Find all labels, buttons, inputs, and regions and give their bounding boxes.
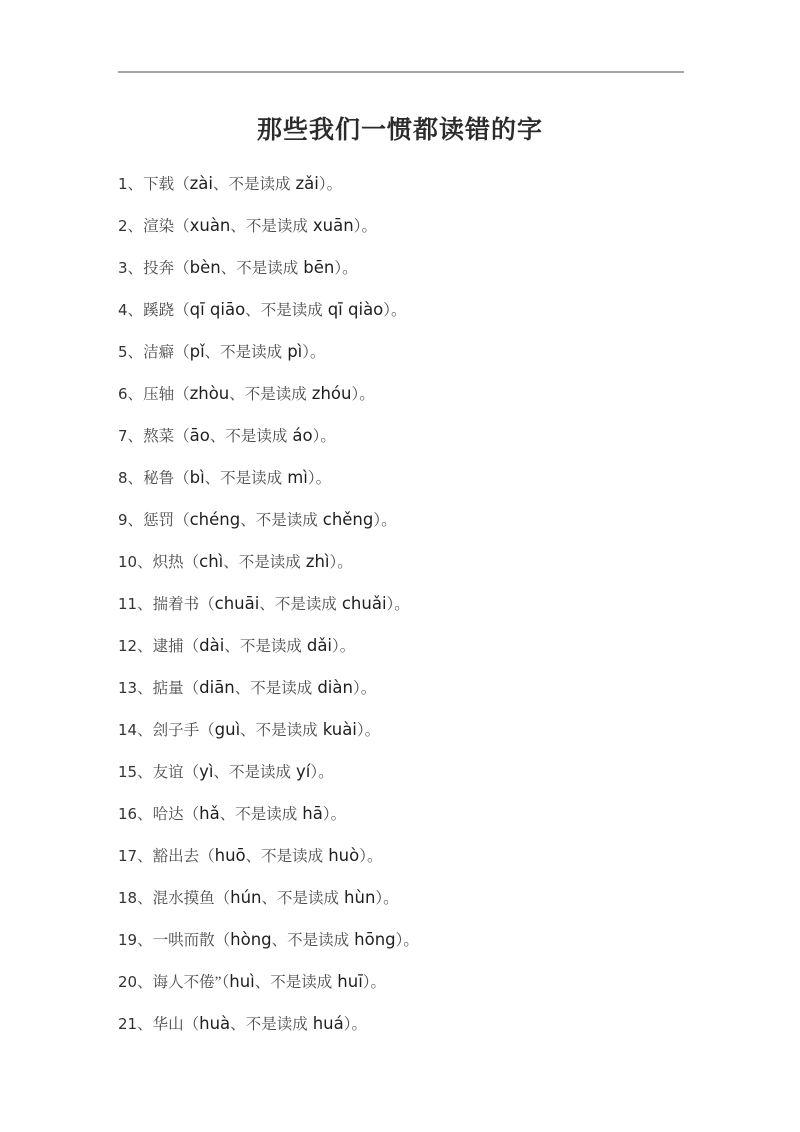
open-paren: （ — [215, 932, 231, 949]
correct-pinyin: hòng — [230, 930, 271, 949]
list-item: 15、友谊（yì、不是读成yí）。 — [118, 751, 419, 793]
list-item: 7、熬菜（āo、不是读成áo）。 — [118, 415, 419, 457]
item-word: 一哄而散 — [153, 932, 215, 949]
enum-comma: 、 — [220, 806, 236, 823]
enum-comma: 、 — [137, 680, 153, 697]
not-read-as-text: 不是读成 — [270, 974, 332, 991]
item-number: 14 — [118, 721, 137, 739]
wrong-pinyin: hōng — [354, 930, 395, 949]
list-item: 20、诲人不倦”（huì、不是读成huī）。 — [118, 961, 419, 1003]
item-word: 熬菜 — [143, 428, 174, 445]
item-number: 16 — [118, 805, 137, 823]
list-item: 3、投奔（bèn、不是读成bēn）。 — [118, 247, 419, 289]
correct-pinyin: diān — [199, 678, 235, 697]
enum-comma: 、 — [213, 176, 229, 193]
enum-comma: 、 — [137, 722, 153, 739]
open-paren: （ — [184, 680, 200, 697]
open-paren: （ — [174, 386, 190, 403]
header-divider — [118, 71, 684, 73]
enum-comma: 、 — [221, 260, 237, 277]
not-read-as-text: 不是读成 — [229, 764, 291, 781]
item-word: 掂量 — [153, 680, 184, 697]
enum-comma: 、 — [259, 596, 275, 613]
wrong-pinyin: pì — [287, 342, 302, 361]
correct-pinyin: āo — [190, 426, 210, 445]
correct-pinyin: chuāi — [215, 594, 260, 613]
item-word: 下载 — [143, 176, 174, 193]
item-number: 8 — [118, 469, 128, 487]
not-read-as-text: 不是读成 — [261, 848, 323, 865]
item-number: 12 — [118, 637, 137, 655]
wrong-pinyin: áo — [292, 426, 312, 445]
enum-comma: 、 — [137, 974, 153, 991]
not-read-as-text: 不是读成 — [235, 806, 297, 823]
enum-comma: 、 — [128, 176, 144, 193]
enum-comma: 、 — [128, 260, 144, 277]
item-word: 蹊跷 — [143, 302, 174, 319]
close-paren-period: ）。 — [332, 638, 355, 655]
enum-comma: 、 — [210, 428, 226, 445]
not-read-as-text: 不是读成 — [256, 722, 318, 739]
list-item: 9、惩罚（chéng、不是读成chěng）。 — [118, 499, 419, 541]
enum-comma: 、 — [205, 470, 221, 487]
close-paren-period: ）。 — [334, 260, 357, 277]
page-title: 那些我们一惯都读错的字 — [0, 111, 800, 151]
enum-comma: 、 — [245, 302, 261, 319]
list-item: 4、蹊跷（qī qiāo、不是读成qī qiào）。 — [118, 289, 419, 331]
enum-comma: 、 — [128, 302, 144, 319]
enum-comma: 、 — [137, 596, 153, 613]
wrong-pinyin: yí — [296, 762, 310, 781]
item-word: 渲染 — [143, 218, 174, 235]
item-word: 炽热 — [153, 554, 184, 571]
item-number: 1 — [118, 175, 128, 193]
open-paren: （ — [174, 302, 190, 319]
open-paren: （ — [184, 1016, 200, 1033]
close-paren-period: ）。 — [323, 806, 346, 823]
not-read-as-text: 不是读成 — [228, 176, 290, 193]
item-word: 揣着书 — [153, 596, 200, 613]
not-read-as-text: 不是读成 — [245, 386, 307, 403]
wrong-pinyin: huī — [337, 972, 363, 991]
enum-comma: 、 — [230, 1016, 246, 1033]
list-item: 1、下载（zài、不是读成zǎi）。 — [118, 163, 419, 205]
wrong-pinyin: kuài — [323, 720, 357, 739]
not-read-as-text: 不是读成 — [275, 596, 337, 613]
not-read-as-text: 不是读成 — [220, 470, 282, 487]
item-number: 15 — [118, 763, 137, 781]
wrong-pinyin: zhì — [306, 552, 330, 571]
not-read-as-text: 不是读成 — [225, 428, 287, 445]
open-paren: （ — [184, 764, 200, 781]
enum-comma: 、 — [137, 890, 153, 907]
correct-pinyin: xuàn — [190, 216, 231, 235]
open-paren: （ — [174, 344, 190, 361]
close-paren-period: ）。 — [319, 176, 342, 193]
not-read-as-text: 不是读成 — [250, 680, 312, 697]
wrong-pinyin: bēn — [303, 258, 334, 277]
close-paren-period: ）。 — [344, 1016, 367, 1033]
correct-pinyin: huō — [215, 846, 246, 865]
item-number: 5 — [118, 343, 128, 361]
enum-comma: 、 — [272, 932, 288, 949]
enum-comma: 、 — [235, 680, 251, 697]
open-paren: （ — [199, 848, 215, 865]
item-number: 17 — [118, 847, 137, 865]
close-paren-period: ）。 — [375, 890, 398, 907]
close-paren-period: ）。 — [353, 680, 376, 697]
wrong-pinyin: chěng — [323, 510, 374, 529]
close-paren-period: ）。 — [310, 764, 333, 781]
enum-comma: 、 — [137, 932, 153, 949]
correct-pinyin: huì — [229, 972, 255, 991]
correct-pinyin: pǐ — [190, 342, 205, 361]
item-number: 3 — [118, 259, 128, 277]
enum-comma: 、 — [128, 512, 144, 529]
item-number: 11 — [118, 595, 137, 613]
close-paren-period: ）。 — [373, 512, 396, 529]
close-paren-period: ）。 — [359, 848, 382, 865]
list-item: 2、渲染（xuàn、不是读成xuān）。 — [118, 205, 419, 247]
close-paren-period: ）。 — [383, 302, 406, 319]
item-word: 华山 — [153, 1016, 184, 1033]
wrong-pinyin: chuǎi — [342, 594, 387, 613]
close-paren-period: ）。 — [351, 386, 374, 403]
list-item: 16、哈达（hǎ、不是读成hā）。 — [118, 793, 419, 835]
item-word: 惩罚 — [143, 512, 174, 529]
correct-pinyin: zhòu — [190, 384, 230, 403]
item-number: 13 — [118, 679, 137, 697]
not-read-as-text: 不是读成 — [246, 1016, 308, 1033]
correct-pinyin: hǎ — [199, 804, 220, 823]
enum-comma: 、 — [128, 386, 144, 403]
list-item: 19、一哄而散（hòng、不是读成hōng）。 — [118, 919, 419, 961]
close-paren-period: ）。 — [308, 470, 331, 487]
open-paren: （ — [184, 554, 200, 571]
wrong-pinyin: hùn — [344, 888, 375, 907]
item-number: 18 — [118, 889, 137, 907]
wrong-pinyin: huá — [313, 1014, 344, 1033]
item-word: 洁癖 — [143, 344, 174, 361]
correct-pinyin: hún — [230, 888, 261, 907]
close-paren-period: ）。 — [396, 932, 419, 949]
correct-pinyin: chì — [199, 552, 223, 571]
correct-pinyin: dài — [199, 636, 224, 655]
close-paren-period: ）。 — [387, 596, 410, 613]
wrong-pinyin: zhóu — [312, 384, 352, 403]
correct-pinyin: huà — [199, 1014, 230, 1033]
enum-comma: 、 — [229, 386, 245, 403]
list-item: 5、洁癖（pǐ、不是读成pì）。 — [118, 331, 419, 373]
open-paren: （ — [174, 260, 190, 277]
enum-comma: 、 — [137, 554, 153, 571]
enum-comma: 、 — [223, 554, 239, 571]
not-read-as-text: 不是读成 — [287, 932, 349, 949]
enum-comma: 、 — [240, 512, 256, 529]
wrong-pinyin: dǎi — [307, 636, 332, 655]
wrong-pinyin: mì — [287, 468, 308, 487]
item-word: 哈达 — [153, 806, 184, 823]
correct-pinyin: chéng — [190, 510, 241, 529]
item-word: 混水摸鱼 — [153, 890, 215, 907]
enum-comma: 、 — [137, 806, 153, 823]
wrong-pinyin: qī qiào — [328, 300, 384, 319]
open-paren: （ — [174, 470, 190, 487]
enum-comma: 、 — [230, 218, 246, 235]
list-item: 11、揣着书（chuāi、不是读成chuǎi）。 — [118, 583, 419, 625]
close-paren-period: ）。 — [302, 344, 325, 361]
list-item: 10、炽热（chì、不是读成zhì）。 — [118, 541, 419, 583]
correct-pinyin: yì — [199, 762, 213, 781]
close-paren-period: ）。 — [354, 218, 377, 235]
enum-comma: 、 — [205, 344, 221, 361]
enum-comma: 、 — [262, 890, 278, 907]
item-number: 19 — [118, 931, 137, 949]
enum-comma: 、 — [246, 848, 262, 865]
correct-pinyin: bì — [190, 468, 205, 487]
wrong-pinyin: diàn — [317, 678, 353, 697]
wrong-pinyin: hā — [302, 804, 323, 823]
item-number: 9 — [118, 511, 128, 529]
open-paren: （ — [199, 596, 215, 613]
item-word: 刽子手 — [153, 722, 200, 739]
document-page: 那些我们一惯都读错的字 1、下载（zài、不是读成zǎi）。 2、渲染（xuàn… — [0, 0, 800, 1132]
item-word: 投奔 — [143, 260, 174, 277]
enum-comma: 、 — [128, 470, 144, 487]
list-item: 21、华山（huà、不是读成huá）。 — [118, 1003, 419, 1045]
enum-comma: 、 — [255, 974, 271, 991]
close-paren-period: ）。 — [313, 428, 336, 445]
close-paren-period: ）。 — [363, 974, 386, 991]
correct-pinyin: zài — [190, 174, 213, 193]
item-number: 2 — [118, 217, 128, 235]
not-read-as-text: 不是读成 — [220, 344, 282, 361]
item-number: 4 — [118, 301, 128, 319]
enum-comma: 、 — [224, 638, 240, 655]
not-read-as-text: 不是读成 — [240, 638, 302, 655]
enum-comma: 、 — [137, 764, 153, 781]
list-item: 6、压轴（zhòu、不是读成zhóu）。 — [118, 373, 419, 415]
open-paren: （ — [199, 722, 215, 739]
item-number: 7 — [118, 427, 128, 445]
item-number: 20 — [118, 973, 137, 991]
open-paren: （ — [184, 638, 200, 655]
word-list: 1、下载（zài、不是读成zǎi）。 2、渲染（xuàn、不是读成xuān）。 … — [118, 163, 419, 1045]
item-word: 诲人不倦” — [153, 974, 222, 991]
open-paren: （ — [184, 806, 200, 823]
wrong-pinyin: xuān — [313, 216, 354, 235]
enum-comma: 、 — [128, 344, 144, 361]
correct-pinyin: bèn — [190, 258, 221, 277]
list-item: 8、秘鲁（bì、不是读成mì）。 — [118, 457, 419, 499]
item-word: 秘鲁 — [143, 470, 174, 487]
wrong-pinyin: huò — [328, 846, 359, 865]
open-paren: （ — [174, 218, 190, 235]
not-read-as-text: 不是读成 — [256, 512, 318, 529]
correct-pinyin: guì — [215, 720, 241, 739]
enum-comma: 、 — [214, 764, 230, 781]
enum-comma: 、 — [137, 1016, 153, 1033]
wrong-pinyin: zǎi — [295, 174, 318, 193]
enum-comma: 、 — [137, 848, 153, 865]
open-paren: （ — [174, 512, 190, 529]
item-number: 10 — [118, 553, 137, 571]
not-read-as-text: 不是读成 — [246, 218, 308, 235]
item-number: 21 — [118, 1015, 137, 1033]
correct-pinyin: qī qiāo — [190, 300, 246, 319]
item-word: 压轴 — [143, 386, 174, 403]
open-paren: （ — [174, 176, 190, 193]
item-number: 6 — [118, 385, 128, 403]
item-word: 逮捕 — [153, 638, 184, 655]
list-item: 18、混水摸鱼（hún、不是读成hùn）。 — [118, 877, 419, 919]
item-word: 豁出去 — [153, 848, 200, 865]
not-read-as-text: 不是读成 — [261, 302, 323, 319]
not-read-as-text: 不是读成 — [236, 260, 298, 277]
close-paren-period: ）。 — [330, 554, 353, 571]
open-paren: （ — [174, 428, 190, 445]
list-item: 14、刽子手（guì、不是读成kuài）。 — [118, 709, 419, 751]
item-word: 友谊 — [153, 764, 184, 781]
list-item: 13、掂量（diān、不是读成diàn）。 — [118, 667, 419, 709]
enum-comma: 、 — [137, 638, 153, 655]
close-paren-period: ）。 — [357, 722, 380, 739]
enum-comma: 、 — [128, 218, 144, 235]
not-read-as-text: 不是读成 — [277, 890, 339, 907]
not-read-as-text: 不是读成 — [239, 554, 301, 571]
open-paren: （ — [215, 890, 231, 907]
enum-comma: 、 — [128, 428, 144, 445]
enum-comma: 、 — [240, 722, 256, 739]
list-item: 17、豁出去（huō、不是读成huò）。 — [118, 835, 419, 877]
list-item: 12、逮捕（dài、不是读成dǎi）。 — [118, 625, 419, 667]
